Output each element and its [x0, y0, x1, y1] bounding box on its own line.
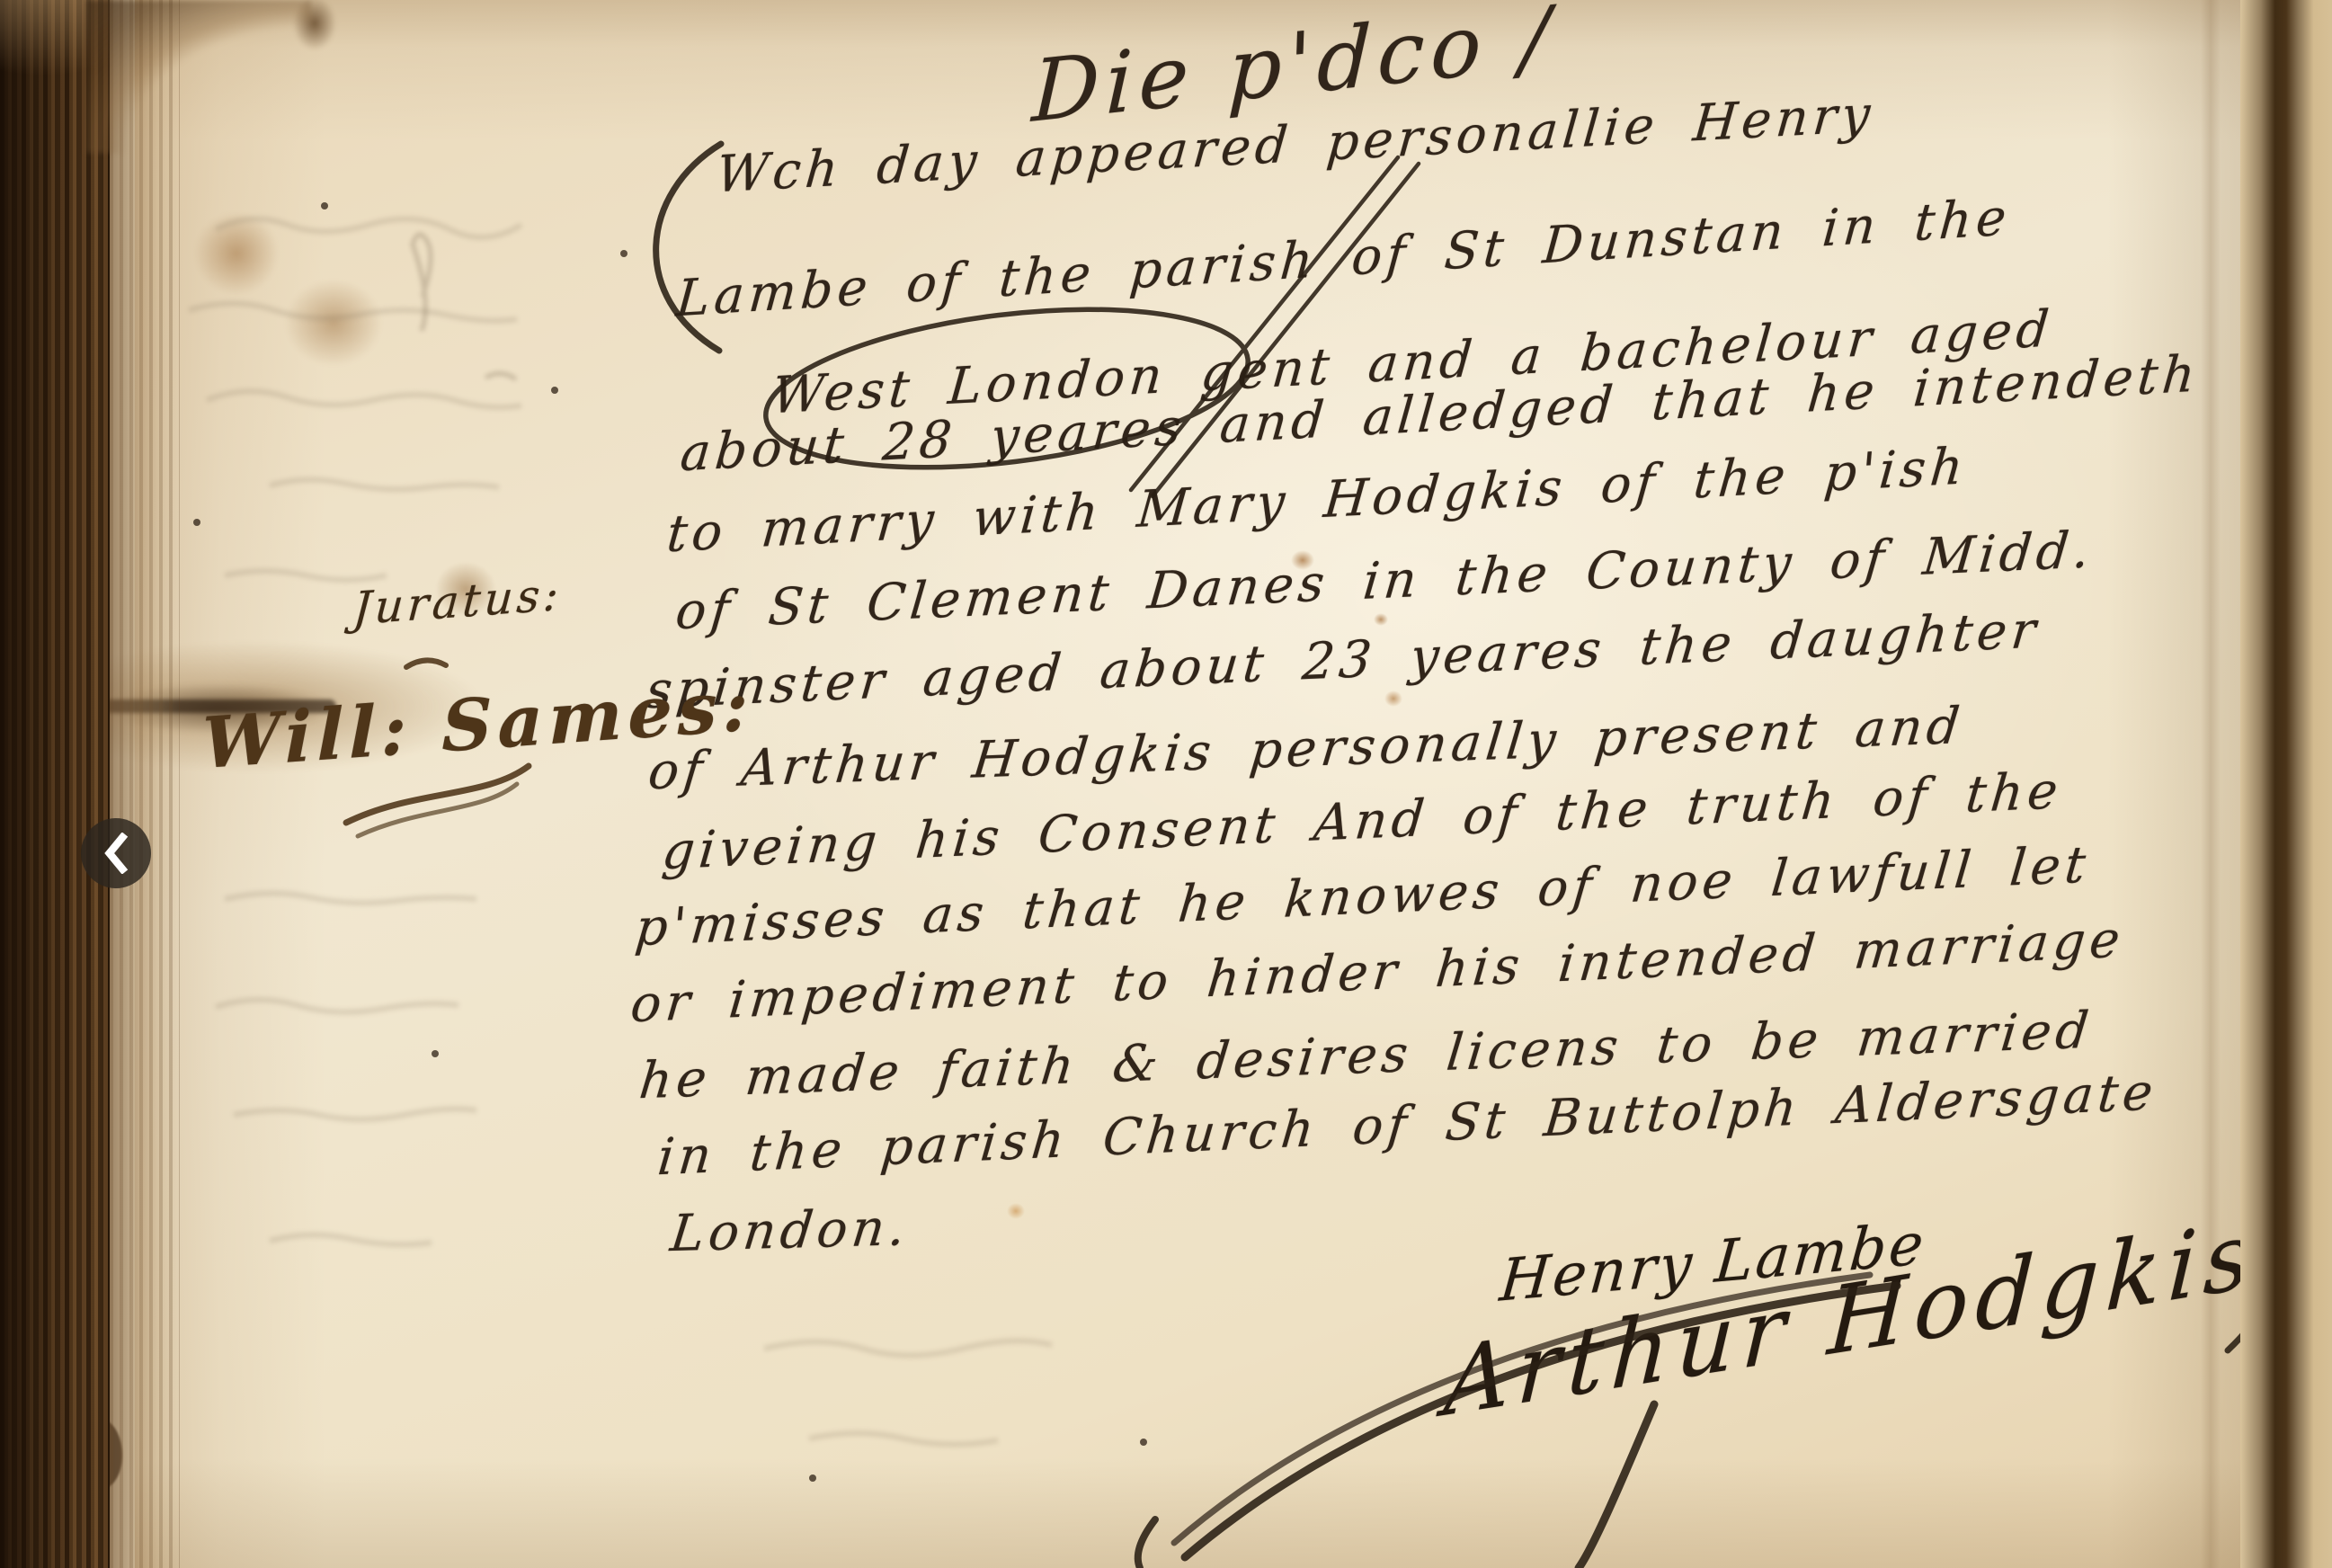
- book-binding: [0, 0, 110, 1568]
- corner-shadow: [86, 0, 311, 153]
- page-gutter: [2240, 0, 2332, 1568]
- book-binding-edge: [110, 0, 180, 1568]
- page-crease: [2201, 0, 2221, 1568]
- manuscript-scan: Die p'dco / Wch day appeared personallie…: [0, 0, 2332, 1568]
- manuscript-line: London.: [668, 1198, 913, 1263]
- chevron-left-icon: [102, 833, 129, 874]
- previous-page-button[interactable]: [81, 818, 151, 888]
